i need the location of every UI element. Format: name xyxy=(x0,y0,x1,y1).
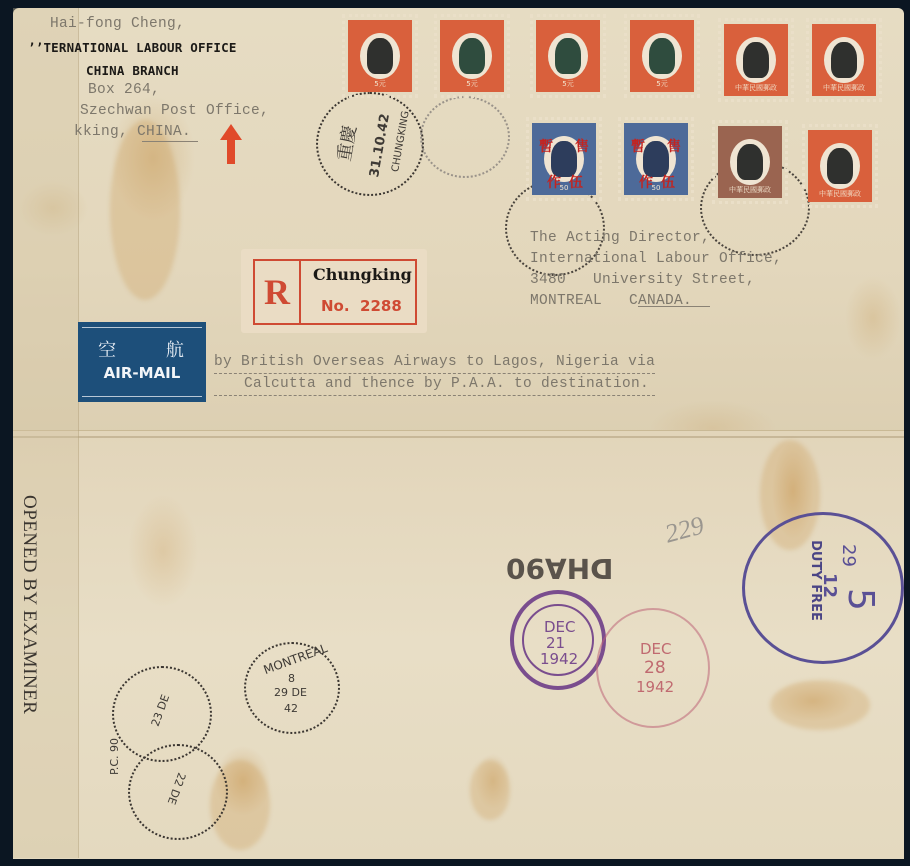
stamp-red-dollar: 中華民國郵政 xyxy=(718,18,794,102)
recipient-line: International Labour Office, xyxy=(530,249,782,270)
postmark-montreal-29-dec: MONTREAL 8 29 DE 42 xyxy=(244,642,340,734)
sender-organization: ’’TERNATIONAL LABOUR OFFICE xyxy=(28,40,237,55)
stamp-brown-dollar: 中華民國郵政 xyxy=(712,120,788,204)
routing-line: by British Overseas Airways to Lagos, Ni… xyxy=(214,352,655,374)
routing-line: Calcutta and thence by P.A.A. to destina… xyxy=(214,374,655,396)
stain xyxy=(470,760,510,820)
postmark-chungking-faint xyxy=(420,96,510,178)
underline xyxy=(638,306,710,307)
fold-crease xyxy=(13,436,904,438)
stain xyxy=(770,680,870,730)
underline xyxy=(142,141,198,142)
pc-mark: P.C. 90 xyxy=(108,738,121,775)
registration-label: R Chungking No. 2288 xyxy=(241,249,427,333)
recipient-line: The Acting Director, xyxy=(530,228,782,249)
postmark-chungking: 重慶 31.10.42 CHUNGKING xyxy=(316,92,424,196)
registration-office: Chungking xyxy=(313,265,412,284)
arrow-up-icon xyxy=(220,124,242,164)
routing-instructions: by British Overseas Airways to Lagos, Ni… xyxy=(214,352,655,396)
postmark-montreal-customs: DUTY FREE 29 12 5 xyxy=(742,512,904,664)
sender-name: Hai-fong Cheng, xyxy=(50,14,185,35)
postmark-canada-22-dec: 22 DE xyxy=(128,744,228,840)
sender-box: Box 264, xyxy=(88,80,160,101)
registration-box: R Chungking No. 2288 xyxy=(253,259,417,325)
registration-letter: R xyxy=(255,261,301,323)
stamp-red-dollar: 中華民國郵政 xyxy=(802,124,878,208)
airmail-chinese: 空 航 xyxy=(78,336,206,362)
sender-city: kking, CHINA. xyxy=(74,122,191,143)
recipient-address: The Acting Director, International Labou… xyxy=(530,228,782,312)
airmail-label: 空 航 AIR-MAIL xyxy=(78,322,206,402)
sender-post-office: Szechwan Post Office, xyxy=(80,101,269,122)
airmail-english: AIR-MAIL xyxy=(78,364,206,382)
stamp-red-5-yuan: 5元 xyxy=(624,14,700,98)
postmark-manila-registered: DEC 21 1942 xyxy=(510,590,606,690)
registration-number: No. 2288 xyxy=(321,297,402,315)
stamp-blue-surcharged: 暫售作伍50 xyxy=(618,117,694,201)
stamp-blue-surcharged: 暫售作伍50 xyxy=(526,117,602,201)
stamp-red-dollar: 中華民國郵政 xyxy=(806,18,882,102)
recipient-line: MONTREAL CANADA. xyxy=(530,291,782,312)
sender-branch: CHINA BRANCH xyxy=(86,63,179,78)
postmark-ottawa-registered: DEC 28 1942 xyxy=(596,608,710,728)
handstamp-dha90: DHA90 xyxy=(506,552,613,585)
stamp-red-5-yuan: 5元 xyxy=(434,14,510,98)
recipient-line: 3480 University Street, xyxy=(530,270,782,291)
stamp-red-5-yuan: 5元 xyxy=(342,14,418,98)
stain xyxy=(110,120,180,300)
censor-mark: OPENED BY EXAMINER xyxy=(10,495,50,765)
stamp-red-5-yuan: 5元 xyxy=(530,14,606,98)
